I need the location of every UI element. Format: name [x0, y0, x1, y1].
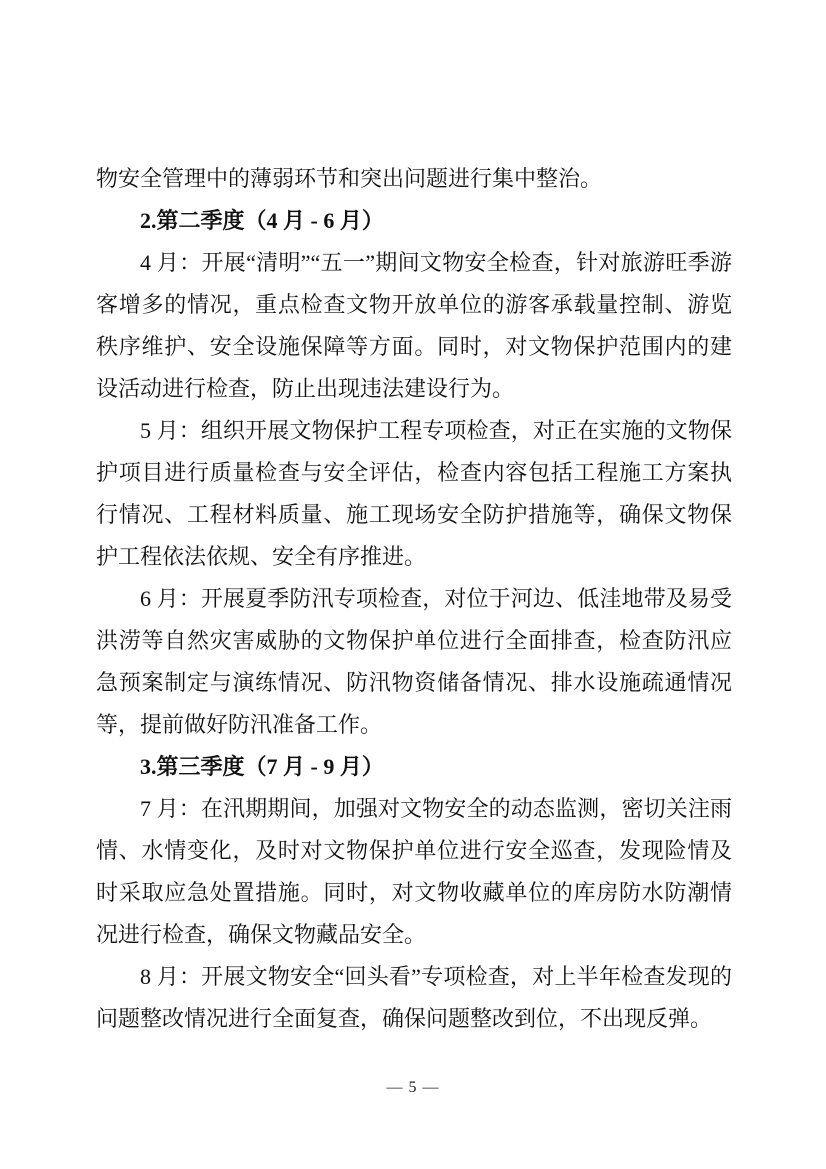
- document-page: 物安全管理中的薄弱环节和突出问题进行集中整治。 2.第二季度（4 月 - 6 月…: [0, 0, 826, 1169]
- paragraph-april: 4 月：开展“清明”“五一”期间文物安全检查，针对旅游旺季游客增多的情况，重点检…: [96, 242, 732, 410]
- heading-second-quarter: 2.第二季度（4 月 - 6 月）: [96, 200, 732, 242]
- document-body: 物安全管理中的薄弱环节和突出问题进行集中整治。 2.第二季度（4 月 - 6 月…: [96, 158, 732, 1040]
- page-number: — 5 —: [387, 1079, 440, 1096]
- heading-third-quarter: 3.第三季度（7 月 - 9 月）: [96, 746, 732, 788]
- page-footer: — 5 —: [0, 1077, 826, 1099]
- paragraph-july: 7 月：在汛期期间，加强对文物安全的动态监测，密切关注雨情、水情变化，及时对文物…: [96, 788, 732, 956]
- paragraph-august: 8 月：开展文物安全“回头看”专项检查，对上半年检查发现的问题整改情况进行全面复…: [96, 956, 732, 1040]
- paragraph-continuation: 物安全管理中的薄弱环节和突出问题进行集中整治。: [96, 158, 732, 200]
- paragraph-may: 5 月：组织开展文物保护工程专项检查，对正在实施的文物保护项目进行质量检查与安全…: [96, 410, 732, 578]
- paragraph-june: 6 月：开展夏季防汛专项检查，对位于河边、低洼地带及易受洪涝等自然灾害威胁的文物…: [96, 578, 732, 746]
